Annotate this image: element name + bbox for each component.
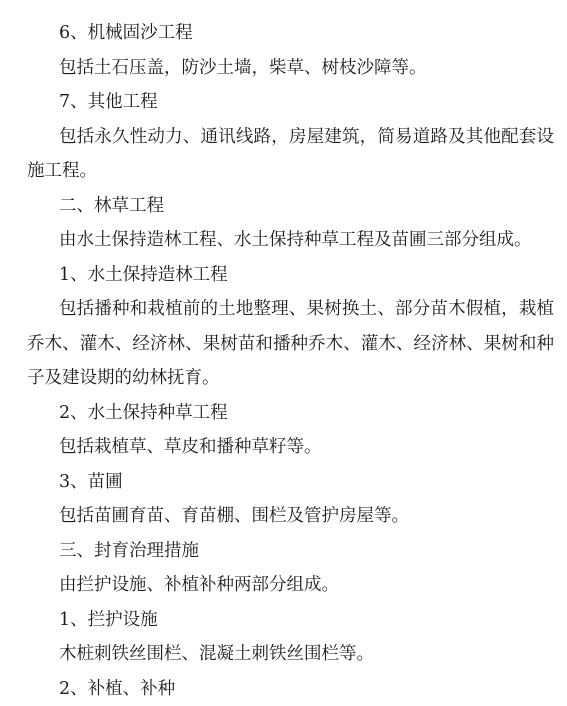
body-paragraph-mechanical-sand-fixing: 包括土石压盖，防沙土墙，柴草、树枝沙障等。 <box>27 51 554 86</box>
numbered-item-6-heading: 6、机械固沙工程 <box>27 16 554 51</box>
numbered-item-1-barrier-facilities-heading: 1、拦护设施 <box>27 603 554 638</box>
body-paragraph-other-works: 包括永久性动力、通讯线路，房屋建筑，简易道路及其他配套设施工程。 <box>27 120 554 189</box>
numbered-item-2-replanting-heading: 2、补植、补种 <box>27 672 554 706</box>
body-paragraph-enclosure-composition: 由拦护设施、补植补种两部分组成。 <box>27 568 554 603</box>
numbered-item-2-grass-planting-heading: 2、水土保持种草工程 <box>27 396 554 431</box>
body-paragraph-afforestation: 包括播种和栽植前的土地整理、果树换土、部分苗木假植，栽植乔木、灌木、经济林、果树… <box>27 292 554 396</box>
numbered-item-3-nursery-heading: 3、苗圃 <box>27 465 554 500</box>
body-paragraph-nursery: 包括苗圃育苗、育苗棚、围栏及管护房屋等。 <box>27 499 554 534</box>
section-3-heading-enclosure-management: 三、封育治理措施 <box>27 534 554 569</box>
body-paragraph-grass-planting: 包括栽植草、草皮和播种草籽等。 <box>27 430 554 465</box>
section-2-heading-forest-grass: 二、林草工程 <box>27 189 554 224</box>
numbered-item-1-afforestation-heading: 1、水土保持造林工程 <box>27 258 554 293</box>
numbered-item-7-heading: 7、其他工程 <box>27 85 554 120</box>
body-paragraph-barrier-facilities: 木桩刺铁丝围栏、混凝土刺铁丝围栏等。 <box>27 637 554 672</box>
document-page: 6、机械固沙工程 包括土石压盖，防沙土墙，柴草、树枝沙障等。 7、其他工程 包括… <box>0 0 567 706</box>
body-paragraph-forest-grass-composition: 由水土保持造林工程、水土保持种草工程及苗圃三部分组成。 <box>27 223 554 258</box>
